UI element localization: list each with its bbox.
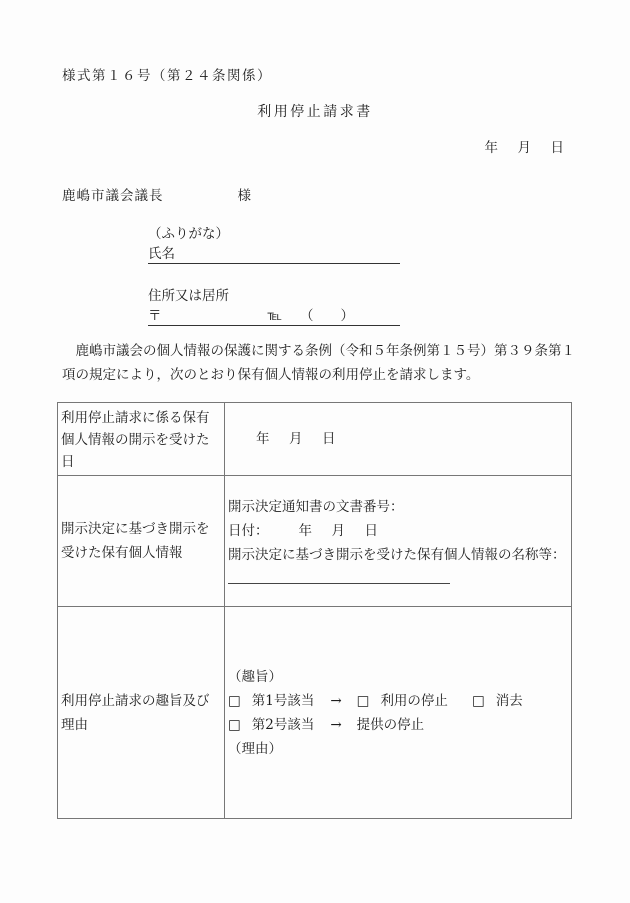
row2-header-cell: 開示決定に基づき開示を受けた保有個人情報 bbox=[58, 476, 225, 607]
table-row-purport-reason: 利用停止請求の趣旨及び理由 （趣旨） □第1号該当→□利用の停止□消去 □第2号… bbox=[58, 607, 572, 819]
row1-content-cell: 年 月 日 bbox=[225, 403, 572, 476]
honorific: 様 bbox=[238, 184, 253, 204]
doc-number-label: 開示決定通知書の文書番号： bbox=[228, 495, 568, 519]
date-placeholder: 年 月 日 bbox=[485, 136, 568, 156]
clause2-label: 第2号該当 bbox=[252, 717, 315, 733]
arrow-icon-clause1: → bbox=[330, 689, 341, 713]
tel-area-paren: （ ） bbox=[300, 304, 354, 324]
furigana-label: （ふりがな） bbox=[148, 222, 229, 242]
request-table: 利用停止請求に係る保有個人情報の開示を受けた日 年 月 日 開示決定に基づき開示… bbox=[57, 402, 572, 819]
reason-label: （理由） bbox=[228, 737, 568, 761]
info-name-field bbox=[228, 567, 450, 584]
checkbox-icon-clause1: □ bbox=[228, 689, 241, 713]
checkbox-icon-option2: □ bbox=[472, 689, 485, 713]
checkbox-icon-option1: □ bbox=[357, 689, 370, 713]
clause1-option1-label: 利用の停止 bbox=[380, 693, 448, 709]
tel-icon: ℡ bbox=[268, 308, 283, 324]
addressee-name: 鹿嶋市議会議長 bbox=[62, 188, 164, 204]
clause1-option2-label: 消去 bbox=[496, 693, 523, 709]
table-row-disclosure-date: 利用停止請求に係る保有個人情報の開示を受けた日 年 月 日 bbox=[58, 403, 572, 476]
intro-line-1: 鹿嶋市議会の個人情報の保護に関する条例（令和５年条例第１５号）第３９条第１ bbox=[62, 339, 602, 363]
addressee-line: 鹿嶋市議会議長様 bbox=[62, 184, 252, 204]
postal-tel-field: 〒℡（ ） bbox=[148, 304, 400, 326]
row1-header-cell: 利用停止請求に係る保有個人情報の開示を受けた日 bbox=[58, 403, 225, 476]
clause1-label: 第1号該当 bbox=[252, 693, 315, 709]
intro-line-2: 項の規定により，次のとおり保有個人情報の利用停止を請求します。 bbox=[62, 363, 602, 387]
checkbox-icon-clause2: □ bbox=[228, 713, 241, 737]
doc-date-label: 日付： bbox=[228, 523, 269, 539]
form-number: 様式第１６号（第２４条関係） bbox=[62, 64, 272, 84]
table-row-disclosed-info: 開示決定に基づき開示を受けた保有個人情報 開示決定通知書の文書番号： 日付：年 … bbox=[58, 476, 572, 607]
row1-date-placeholder: 年 月 日 bbox=[228, 427, 568, 451]
document-page: 様式第１６号（第２４条関係） 利用停止請求書 年 月 日 鹿嶋市議会議長様 （ふ… bbox=[0, 0, 630, 903]
name-label: 氏名 bbox=[148, 246, 175, 262]
address-label: 住所又は居所 bbox=[148, 284, 229, 304]
clause2-line: □第2号該当→提供の停止 bbox=[228, 713, 568, 737]
postal-mark: 〒 bbox=[148, 308, 162, 324]
doc-date-line: 日付：年 月 日 bbox=[228, 519, 568, 543]
purport-label: （趣旨） bbox=[228, 665, 568, 689]
row2-content-cell: 開示決定通知書の文書番号： 日付：年 月 日 開示決定に基づき開示を受けた保有個… bbox=[225, 476, 572, 607]
doc-date-placeholder: 年 月 日 bbox=[299, 519, 382, 543]
clause2-result-label: 提供の停止 bbox=[357, 717, 425, 733]
name-field: 氏名 bbox=[148, 242, 400, 264]
clause1-line: □第1号該当→□利用の停止□消去 bbox=[228, 689, 568, 713]
document-title: 利用停止請求書 bbox=[0, 101, 630, 121]
row3-header-cell: 利用停止請求の趣旨及び理由 bbox=[58, 607, 225, 819]
arrow-icon-clause2: → bbox=[330, 713, 341, 737]
intro-paragraph: 鹿嶋市議会の個人情報の保護に関する条例（令和５年条例第１５号）第３９条第１ 項の… bbox=[62, 339, 602, 387]
row3-content-cell: （趣旨） □第1号該当→□利用の停止□消去 □第2号該当→提供の停止 （理由） bbox=[225, 607, 572, 819]
info-name-label: 開示決定に基づき開示を受けた保有個人情報の名称等： bbox=[228, 543, 568, 567]
